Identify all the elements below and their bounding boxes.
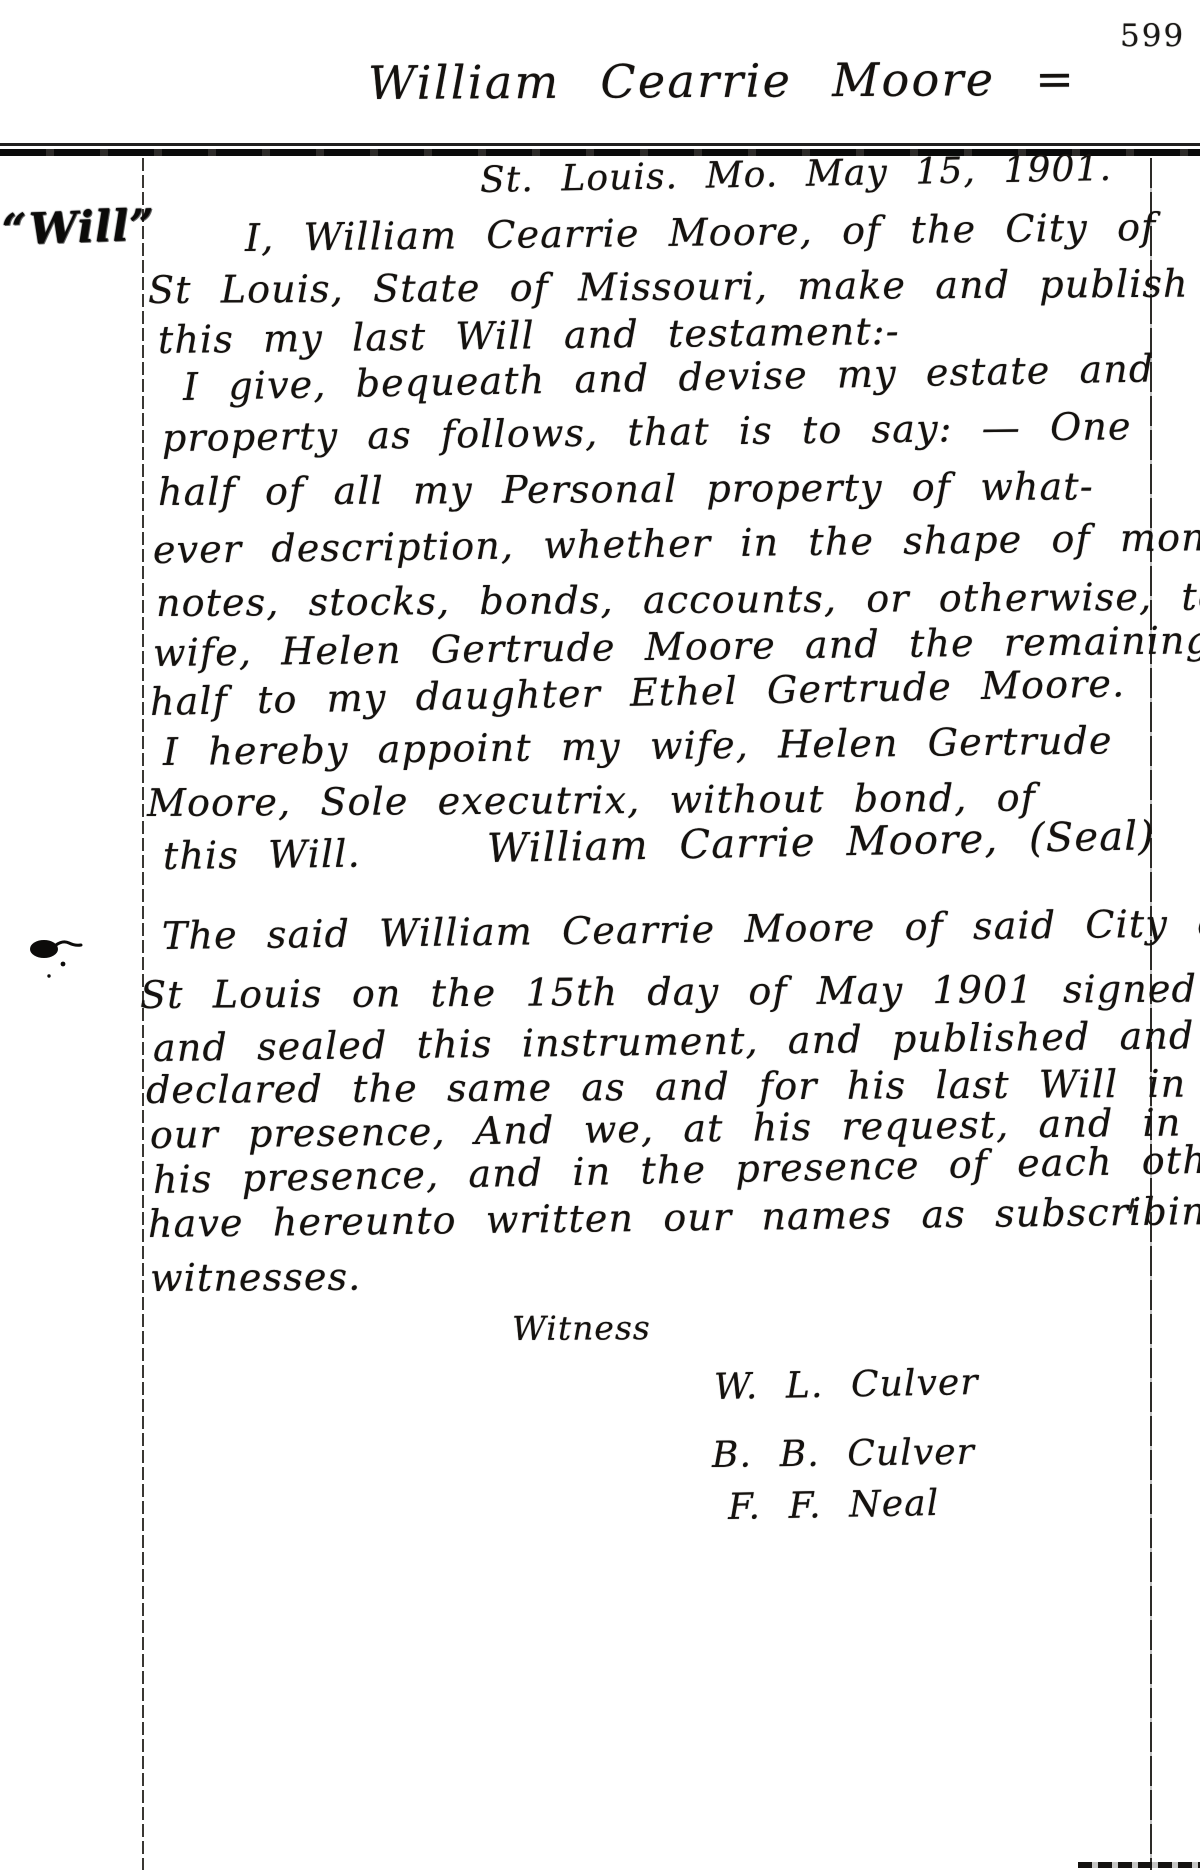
ink-blot: [28, 936, 96, 988]
header-title: William Cearrie Moore =: [368, 56, 1076, 106]
will-line: I hereby appoint my wife, Helen Gertrude: [163, 721, 1113, 771]
will-signature: William Carrie Moore, (Seal): [487, 816, 1156, 869]
top-rule-thin: [0, 143, 1200, 146]
witness-label: Witness: [512, 1311, 651, 1345]
will-dateline: St. Louis. Mo. May 15, 1901.: [480, 151, 1113, 199]
will-line: this Will.: [163, 835, 361, 875]
attestation-line: and sealed this instrument, and publishe…: [153, 1016, 1195, 1067]
will-margin-label: “Will”: [1, 200, 156, 255]
witness-signature: F. F. Neal: [728, 1486, 940, 1526]
will-line: property as follows, that is to say: — O…: [162, 407, 1132, 457]
scan-edge-noise: [1078, 1862, 1200, 1868]
page-number: 599: [1120, 18, 1185, 54]
attestation-line: St Louis on the 15th day of May 1901 sig…: [140, 970, 1197, 1014]
will-line: Moore, Sole executrix, without bond, of: [147, 779, 1036, 822]
ledger-page: 599 William Cearrie Moore = “Will” St. L…: [0, 0, 1200, 1870]
will-line: I, William Cearrie Moore, of the City of: [245, 208, 1157, 257]
will-line: half of all my Personal property of what…: [158, 467, 1094, 511]
attestation-line: witnesses.: [150, 1258, 362, 1297]
witness-signature: B. B. Culver: [712, 1435, 975, 1474]
will-line: notes, stocks, bonds, accounts, or other…: [156, 577, 1200, 622]
attestation-line: have hereunto written our names as subsc…: [148, 1192, 1200, 1243]
attestation-line: The said William Cearrie Moore of said C…: [162, 904, 1200, 955]
will-line: St Louis, State of Missouri, make and pu…: [148, 265, 1189, 309]
witness-signature: W. L. Culver: [714, 1365, 979, 1406]
will-line: ever description, whether in the shape o…: [153, 518, 1200, 569]
will-line: this my last Will and testament:-: [158, 312, 900, 359]
